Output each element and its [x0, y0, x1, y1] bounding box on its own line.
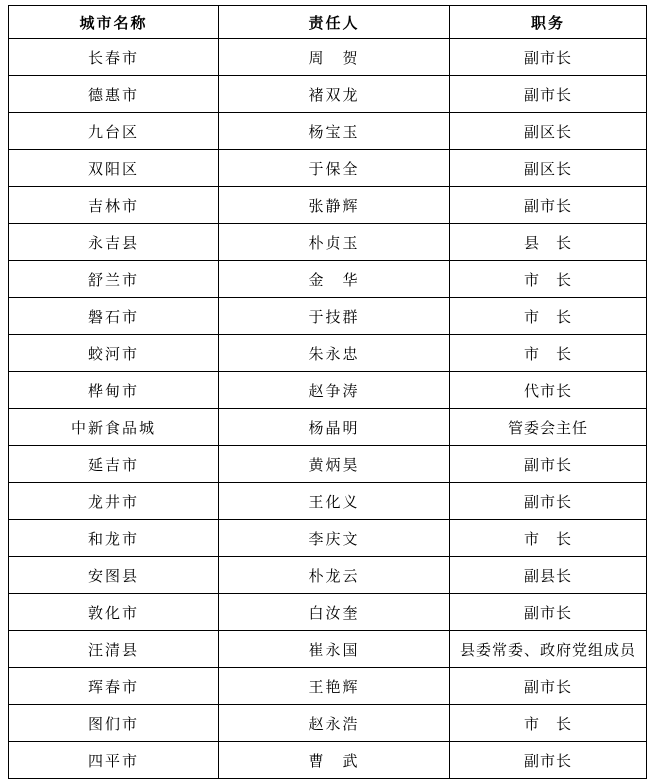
- table-row: 敦化市 白汝奎 副市长: [9, 594, 647, 631]
- person-cell: 赵争涛: [219, 372, 450, 409]
- header-position: 职务: [450, 6, 647, 39]
- table-row: 吉林市 张静辉 副市长: [9, 187, 647, 224]
- person-cell: 杨宝玉: [219, 113, 450, 150]
- position-cell: 副市长: [450, 446, 647, 483]
- table-row: 中新食品城 杨晶明 管委会主任: [9, 409, 647, 446]
- position-cell: 副市长: [450, 187, 647, 224]
- person-cell: 王化义: [219, 483, 450, 520]
- city-cell: 蛟河市: [9, 335, 219, 372]
- header-city-name: 城市名称: [9, 6, 219, 39]
- header-responsible-person: 责任人: [219, 6, 450, 39]
- position-cell: 副市长: [450, 594, 647, 631]
- table-row: 汪清县 崔永国 县委常委、政府党组成员: [9, 631, 647, 668]
- table-row: 安图县 朴龙云 副县长: [9, 557, 647, 594]
- position-cell: 副区长: [450, 150, 647, 187]
- table-row: 延吉市 黄炳昊 副市长: [9, 446, 647, 483]
- position-cell: 副市长: [450, 39, 647, 76]
- person-cell: 崔永国: [219, 631, 450, 668]
- person-cell: 周 贺: [219, 39, 450, 76]
- person-cell: 黄炳昊: [219, 446, 450, 483]
- city-cell: 长春市: [9, 39, 219, 76]
- position-cell: 副市长: [450, 76, 647, 113]
- position-cell: 副区长: [450, 113, 647, 150]
- person-cell: 于保全: [219, 150, 450, 187]
- city-cell: 延吉市: [9, 446, 219, 483]
- table-row: 德惠市 褚双龙 副市长: [9, 76, 647, 113]
- city-cell: 舒兰市: [9, 261, 219, 298]
- person-cell: 赵永浩: [219, 705, 450, 742]
- city-cell: 中新食品城: [9, 409, 219, 446]
- city-cell: 珲春市: [9, 668, 219, 705]
- city-cell: 图们市: [9, 705, 219, 742]
- table-row: 和龙市 李庆文 市 长: [9, 520, 647, 557]
- position-cell: 市 长: [450, 298, 647, 335]
- table-header-row: 城市名称 责任人 职务: [9, 6, 647, 39]
- city-cell: 和龙市: [9, 520, 219, 557]
- person-cell: 李庆文: [219, 520, 450, 557]
- position-cell: 市 长: [450, 705, 647, 742]
- table-row: 珲春市 王艳辉 副市长: [9, 668, 647, 705]
- city-cell: 吉林市: [9, 187, 219, 224]
- position-cell: 副市长: [450, 668, 647, 705]
- table-row: 蛟河市 朱永忠 市 长: [9, 335, 647, 372]
- person-cell: 曹 武: [219, 742, 450, 779]
- position-cell: 副市长: [450, 483, 647, 520]
- person-cell: 金 华: [219, 261, 450, 298]
- position-cell: 县委常委、政府党组成员: [450, 631, 647, 668]
- person-cell: 朱永忠: [219, 335, 450, 372]
- position-cell: 代市长: [450, 372, 647, 409]
- table-row: 双阳区 于保全 副区长: [9, 150, 647, 187]
- table-row: 永吉县 朴贞玉 县 长: [9, 224, 647, 261]
- city-cell: 双阳区: [9, 150, 219, 187]
- person-cell: 王艳辉: [219, 668, 450, 705]
- person-cell: 于技群: [219, 298, 450, 335]
- city-cell: 龙井市: [9, 483, 219, 520]
- table-body: 长春市 周 贺 副市长 德惠市 褚双龙 副市长 九台区 杨宝玉 副区长 双阳区 …: [9, 39, 647, 779]
- position-cell: 副县长: [450, 557, 647, 594]
- city-cell: 德惠市: [9, 76, 219, 113]
- table-row: 磐石市 于技群 市 长: [9, 298, 647, 335]
- table-row: 舒兰市 金 华 市 长: [9, 261, 647, 298]
- person-cell: 褚双龙: [219, 76, 450, 113]
- city-cell: 安图县: [9, 557, 219, 594]
- table-row: 龙井市 王化义 副市长: [9, 483, 647, 520]
- position-cell: 副市长: [450, 742, 647, 779]
- person-cell: 张静辉: [219, 187, 450, 224]
- table-row: 长春市 周 贺 副市长: [9, 39, 647, 76]
- position-cell: 市 长: [450, 335, 647, 372]
- position-cell: 市 长: [450, 261, 647, 298]
- position-cell: 市 长: [450, 520, 647, 557]
- responsibility-table: 城市名称 责任人 职务 长春市 周 贺 副市长 德惠市 褚双龙 副市长 九台区 …: [8, 5, 647, 779]
- person-cell: 朴贞玉: [219, 224, 450, 261]
- table-row: 桦甸市 赵争涛 代市长: [9, 372, 647, 409]
- position-cell: 管委会主任: [450, 409, 647, 446]
- city-cell: 桦甸市: [9, 372, 219, 409]
- table-row: 图们市 赵永浩 市 长: [9, 705, 647, 742]
- city-cell: 四平市: [9, 742, 219, 779]
- person-cell: 杨晶明: [219, 409, 450, 446]
- person-cell: 朴龙云: [219, 557, 450, 594]
- city-cell: 磐石市: [9, 298, 219, 335]
- city-cell: 永吉县: [9, 224, 219, 261]
- person-cell: 白汝奎: [219, 594, 450, 631]
- city-cell: 九台区: [9, 113, 219, 150]
- city-cell: 汪清县: [9, 631, 219, 668]
- table-row: 四平市 曹 武 副市长: [9, 742, 647, 779]
- city-cell: 敦化市: [9, 594, 219, 631]
- position-cell: 县 长: [450, 224, 647, 261]
- table-row: 九台区 杨宝玉 副区长: [9, 113, 647, 150]
